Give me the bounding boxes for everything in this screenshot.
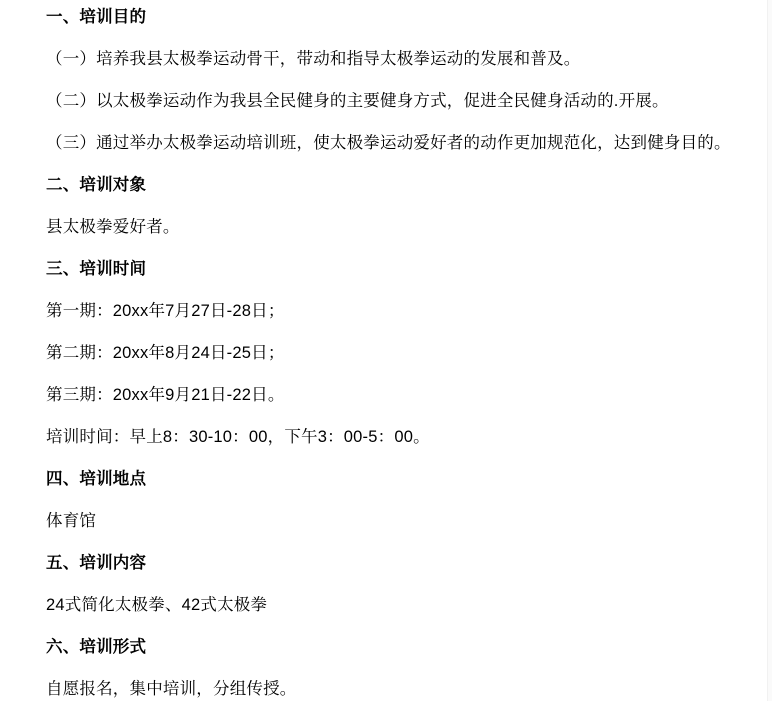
section-heading: 五、培训内容 bbox=[46, 553, 732, 573]
paragraph: 自愿报名，集中培训，分组传授。 bbox=[46, 679, 732, 699]
document-page: { "page": { "background": "#ffffff", "te… bbox=[0, 0, 772, 701]
paragraph: （一）培养我县太极拳运动骨干，带动和指导太极拳运动的发展和普及。 bbox=[46, 49, 732, 69]
section-heading: 二、培训对象 bbox=[46, 175, 732, 195]
paragraph: 第一期：20xx年7月27日-28日； bbox=[46, 301, 732, 321]
paragraph: 第三期：20xx年9月21日-22日。 bbox=[46, 385, 732, 405]
section-heading: 三、培训时间 bbox=[46, 259, 732, 279]
paragraph: 县太极拳爱好者。 bbox=[46, 217, 732, 237]
paragraph: 24式简化太极拳、42式太极拳 bbox=[46, 595, 732, 615]
right-edge-strip bbox=[767, 0, 772, 701]
paragraph: 第二期：20xx年8月24日-25日； bbox=[46, 343, 732, 363]
section-heading: 一、培训目的 bbox=[46, 7, 732, 27]
paragraph: 培训时间：早上8：30-10：00，下午3：00-5：00。 bbox=[46, 427, 732, 447]
section-heading: 四、培训地点 bbox=[46, 469, 732, 489]
document-body: 一、培训目的（一）培养我县太极拳运动骨干，带动和指导太极拳运动的发展和普及。（二… bbox=[0, 0, 772, 699]
paragraph: （二）以太极拳运动作为我县全民健身的主要健身方式，促进全民健身活动的.开展。 bbox=[46, 91, 732, 111]
paragraph: 体育馆 bbox=[46, 511, 732, 531]
section-heading: 六、培训形式 bbox=[46, 637, 732, 657]
paragraph: （三）通过举办太极拳运动培训班，使太极拳运动爱好者的动作更加规范化，达到健身目的… bbox=[46, 133, 732, 153]
